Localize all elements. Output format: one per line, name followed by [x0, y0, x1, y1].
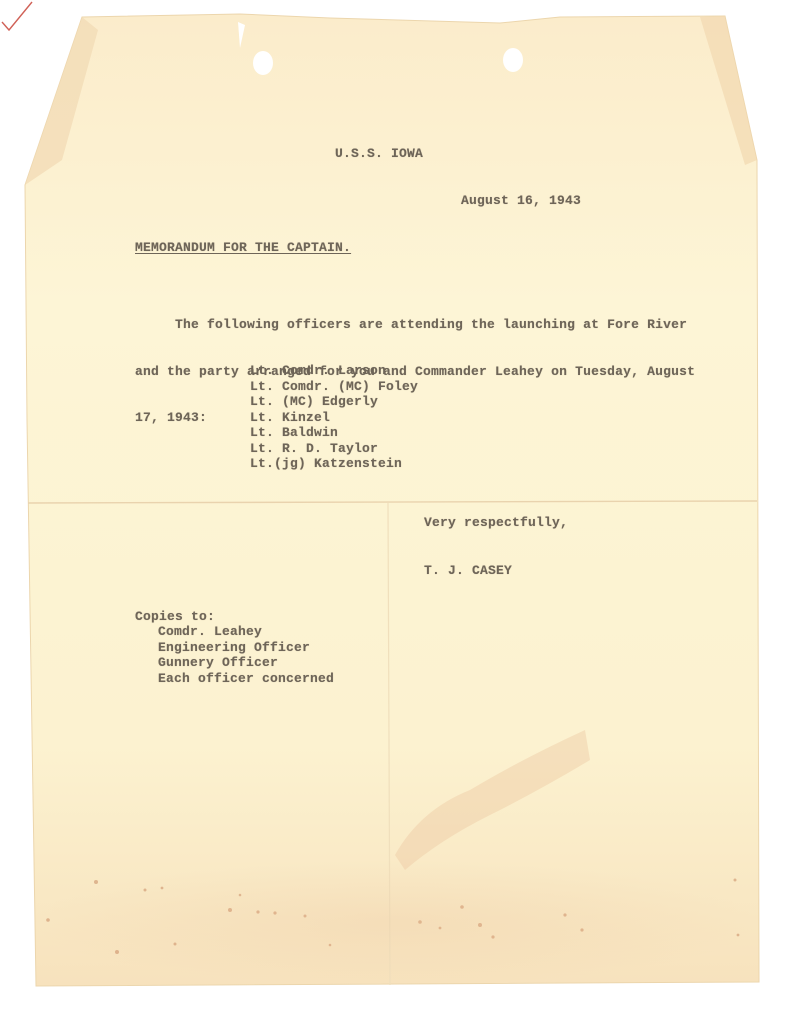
memo-date: August 16, 1943	[461, 193, 581, 209]
officer-list: Lt. Comdr. Larson Lt. Comdr. (MC) Foley …	[250, 363, 418, 472]
check-mark-icon	[0, 0, 34, 34]
officer-item: Lt.(jg) Katzenstein	[250, 456, 418, 472]
ship-name: U.S.S. IOWA	[335, 146, 423, 162]
officer-item: Lt. R. D. Taylor	[250, 441, 418, 457]
closing: Very respectfully,	[424, 515, 568, 531]
officer-item: Lt. Kinzel	[250, 410, 418, 426]
officer-item: Lt. (MC) Edgerly	[250, 394, 418, 410]
memo-paper: U.S.S. IOWA August 16, 1943 MEMORANDUM F…	[0, 0, 787, 1024]
officer-item: Lt. Comdr. Larson	[250, 363, 418, 379]
memo-heading: MEMORANDUM FOR THE CAPTAIN.	[135, 240, 351, 256]
officer-item: Lt. Baldwin	[250, 425, 418, 441]
copies-recipient: Gunnery Officer	[158, 655, 334, 671]
body-line-1: The following officers are attending the…	[135, 317, 695, 333]
copies-recipient: Each officer concerned	[158, 671, 334, 687]
officer-item: Lt. Comdr. (MC) Foley	[250, 379, 418, 395]
signature: T. J. CASEY	[424, 563, 512, 579]
copies-label: Copies to:	[135, 609, 215, 625]
copies-recipient: Comdr. Leahey	[158, 624, 334, 640]
copies-recipient: Engineering Officer	[158, 640, 334, 656]
copies-list: Comdr. Leahey Engineering Officer Gunner…	[158, 624, 334, 686]
